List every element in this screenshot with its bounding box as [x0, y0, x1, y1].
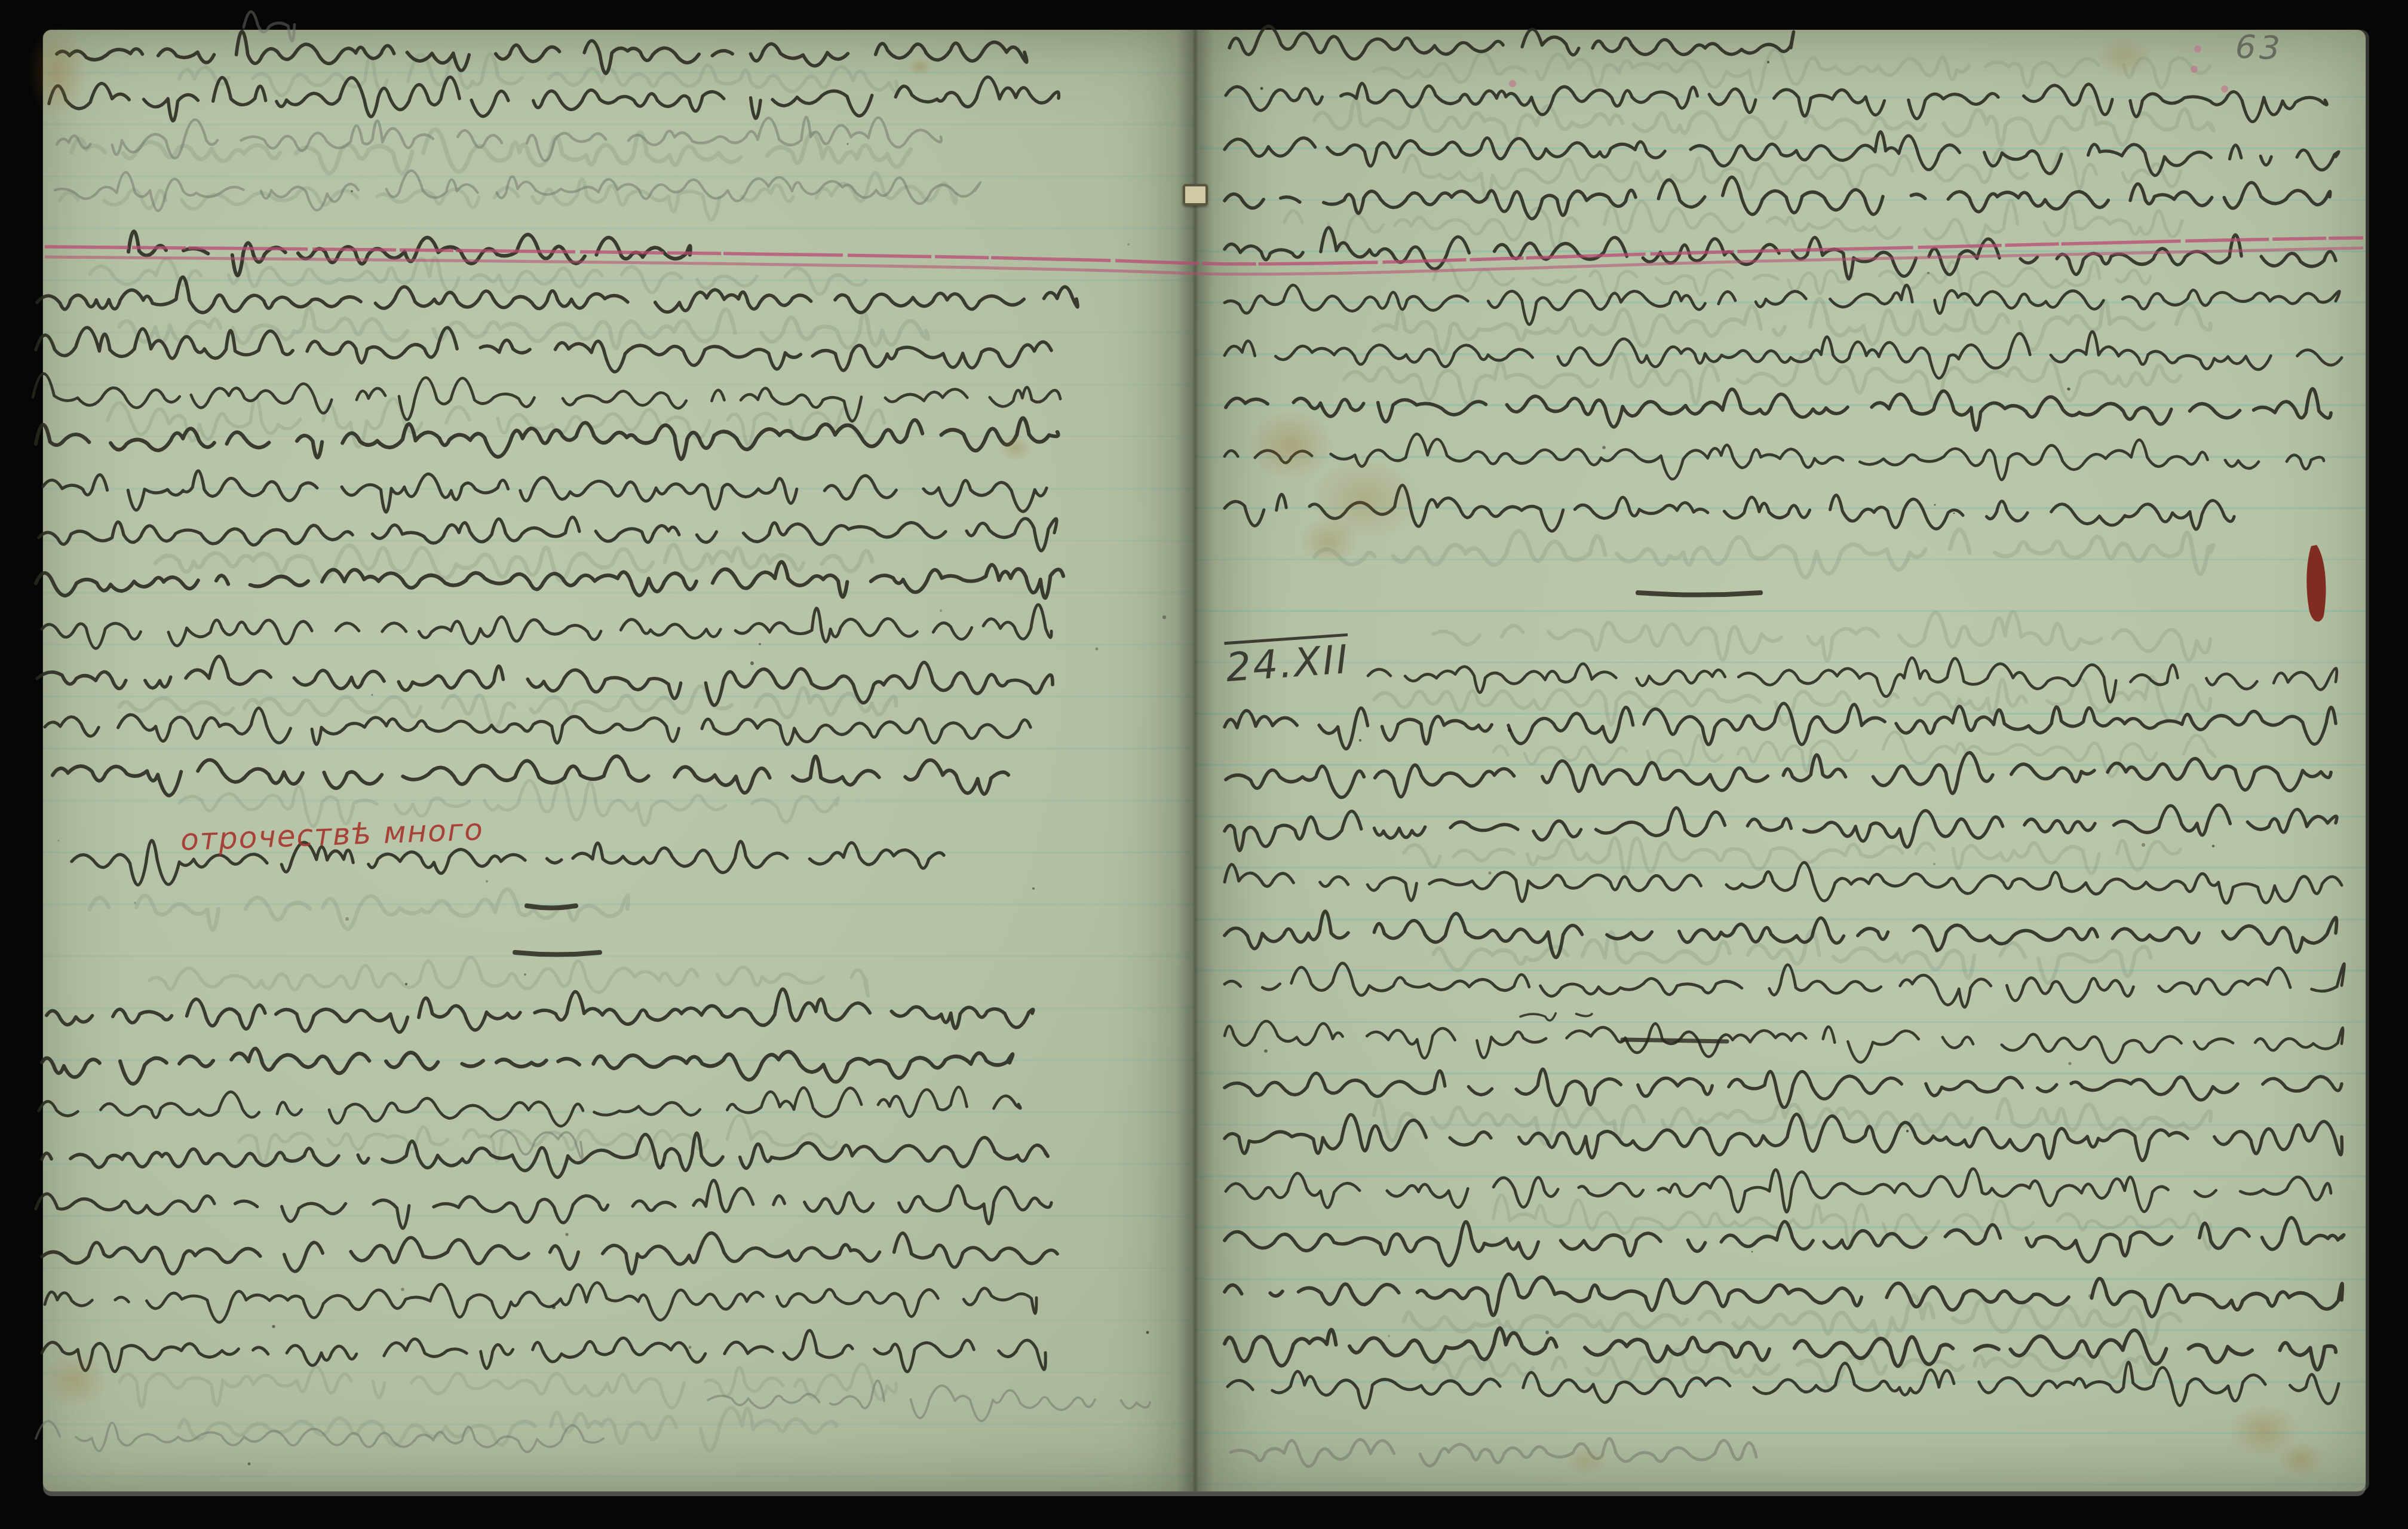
right-page [1195, 30, 2366, 1491]
page-number: 63 [2235, 28, 2284, 68]
diary-date-marker: 24.XII [1225, 636, 1351, 691]
gutter-fold [1177, 30, 1214, 1491]
notebook-spread [43, 30, 2366, 1491]
scan-background: 63 24.XII отрочествѣ много [0, 0, 2408, 1529]
left-page [43, 30, 1195, 1491]
binding-staple [1183, 184, 1208, 206]
